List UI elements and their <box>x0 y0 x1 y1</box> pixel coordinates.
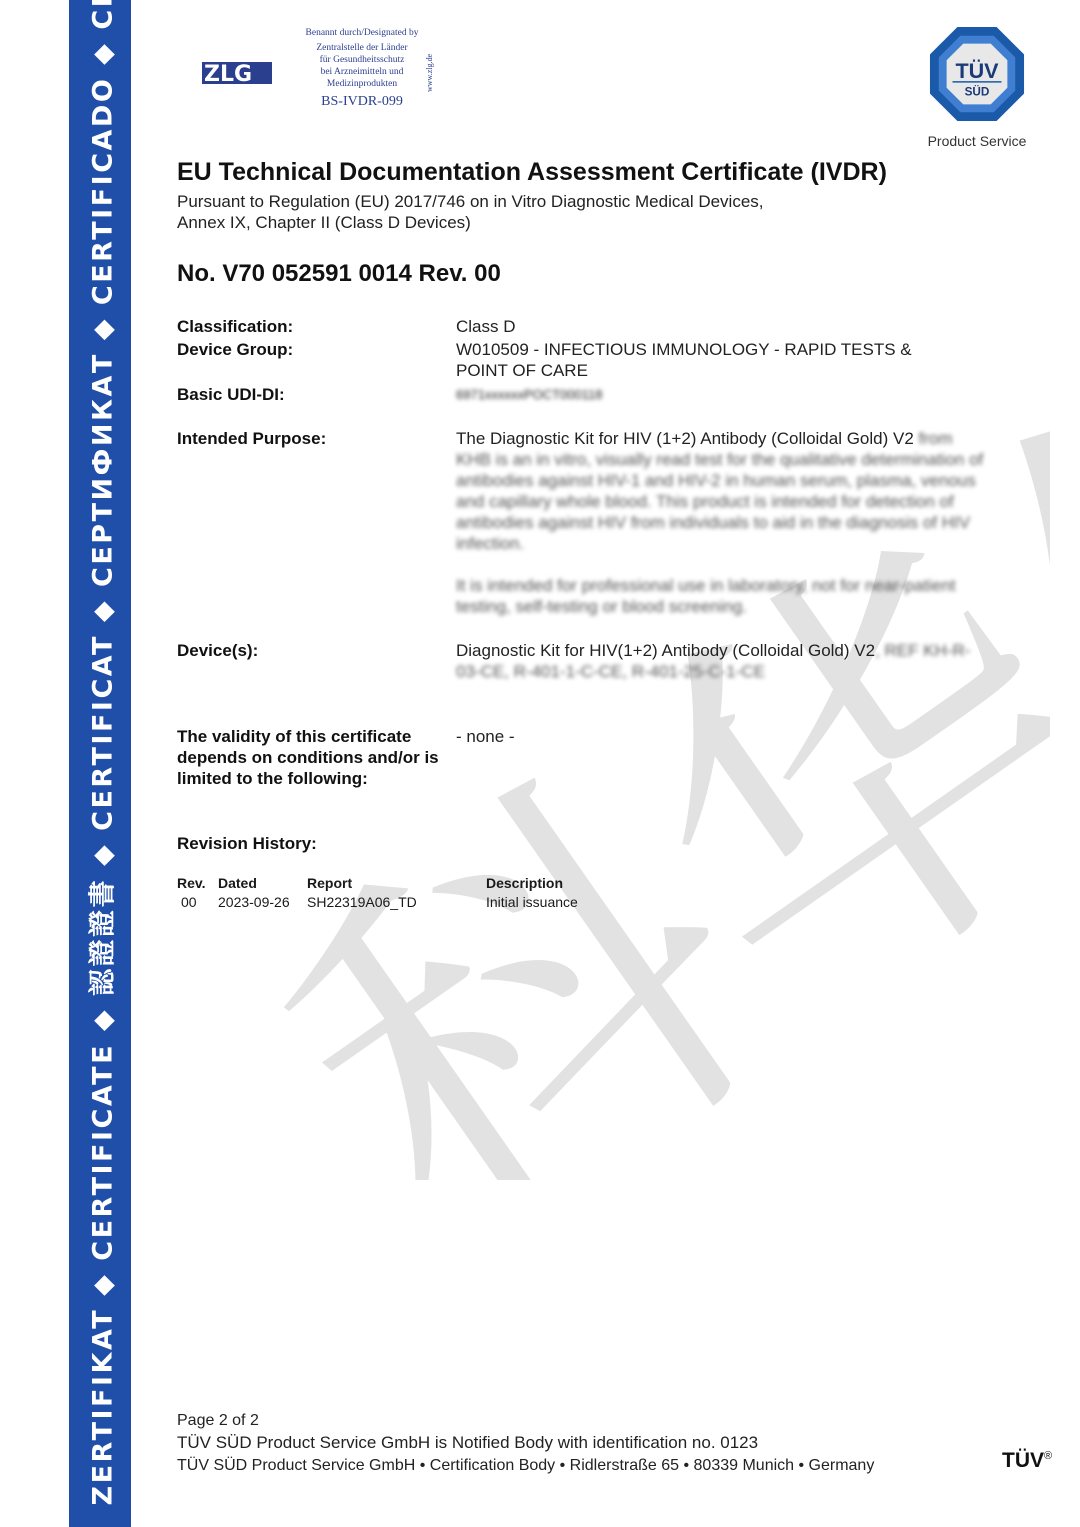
svg-text:ZLG: ZLG <box>204 62 252 87</box>
field-value: Class D <box>456 316 996 337</box>
zlg-url: www.zlg.de <box>425 54 434 92</box>
zlg-org-line: Zentralstelle der Länder <box>292 42 432 54</box>
cell-rev: 00 <box>181 894 197 910</box>
zlg-designation-text: Benannt durch/Designated by Zentralstell… <box>292 28 432 110</box>
certificate-number: No. V70 052591 0014 Rev. 00 <box>177 260 501 288</box>
purpose-redacted: It is intended for professional use in l… <box>456 575 991 617</box>
cell-dated: 2023-09-26 <box>218 894 290 910</box>
svg-text:SÜD: SÜD <box>965 86 990 99</box>
column-header-rev: Rev. <box>177 875 206 891</box>
svg-text:TÜV: TÜV <box>955 58 999 83</box>
tuv-sud-octagon-logo: TÜV SÜD <box>928 25 1026 123</box>
field-value: - none - <box>456 726 996 747</box>
certificate-sidebar-band: ZERTIFIKAT ◆ CERTIFICATE ◆ 認證證書 ◆ CERTIF… <box>69 0 131 1527</box>
certification-body-address: TÜV SÜD Product Service GmbH • Certifica… <box>177 1454 874 1478</box>
field-label: Intended Purpose: <box>177 428 447 449</box>
column-header-report: Report <box>307 875 352 891</box>
cell-report: SH22319A06_TD <box>307 894 417 910</box>
page-number: Page 2 of 2 <box>177 1410 874 1432</box>
devices-visible: Diagnostic Kit for HIV(1+2) Antibody (Co… <box>456 641 875 660</box>
field-label: Device(s): <box>177 640 447 661</box>
registered-mark: ® <box>1044 1450 1052 1462</box>
field-value: The Diagnostic Kit for HIV (1+2) Antibod… <box>456 428 991 617</box>
zlg-designated-by: Benannt durch/Designated by <box>292 28 432 38</box>
certificate-subtitle: Pursuant to Regulation (EU) 2017/746 on … <box>177 191 764 233</box>
cell-description: Initial issuance <box>486 894 578 910</box>
notified-body-statement: TÜV SÜD Product Service GmbH is Notified… <box>177 1432 874 1454</box>
subtitle-line: Pursuant to Regulation (EU) 2017/746 on … <box>177 191 764 212</box>
tuv-brand: TÜV <box>1002 1449 1044 1472</box>
column-header-dated: Dated <box>218 875 257 891</box>
revision-history-title: Revision History: <box>177 833 447 854</box>
tuv-caption: Product Service <box>922 133 1032 149</box>
zlg-org-line: für Gesundheitsschutz <box>292 54 432 66</box>
column-header-description: Description <box>486 875 563 891</box>
field-value: Diagnostic Kit for HIV(1+2) Antibody (Co… <box>456 640 991 682</box>
tuv-wordmark: TÜV® <box>1002 1449 1052 1473</box>
sidebar-multilingual-text: ZERTIFIKAT ◆ CERTIFICATE ◆ 認證證書 ◆ CERTIF… <box>81 0 120 1505</box>
field-value-redacted: 6971xxxxxxPOCT000118 <box>456 384 996 405</box>
field-label: Basic UDI-DI: <box>177 384 447 405</box>
field-label: The validity of this certificate depends… <box>177 726 442 789</box>
certificate-title: EU Technical Documentation Assessment Ce… <box>177 158 887 187</box>
zlg-org-line: Medizinprodukten <box>292 78 432 90</box>
field-label: Device Group: <box>177 339 447 360</box>
zlg-org-line: bei Arzneimitteln und <box>292 66 432 78</box>
subtitle-line: Annex IX, Chapter II (Class D Devices) <box>177 212 764 233</box>
page-footer: Page 2 of 2 TÜV SÜD Product Service GmbH… <box>177 1410 874 1478</box>
field-value: W010509 - INFECTIOUS IMMUNOLOGY - RAPID … <box>456 339 956 381</box>
field-label: Classification: <box>177 316 447 337</box>
purpose-visible: The Diagnostic Kit for HIV (1+2) Antibod… <box>456 429 914 448</box>
zlg-code: BS-IVDR-099 <box>292 94 432 110</box>
